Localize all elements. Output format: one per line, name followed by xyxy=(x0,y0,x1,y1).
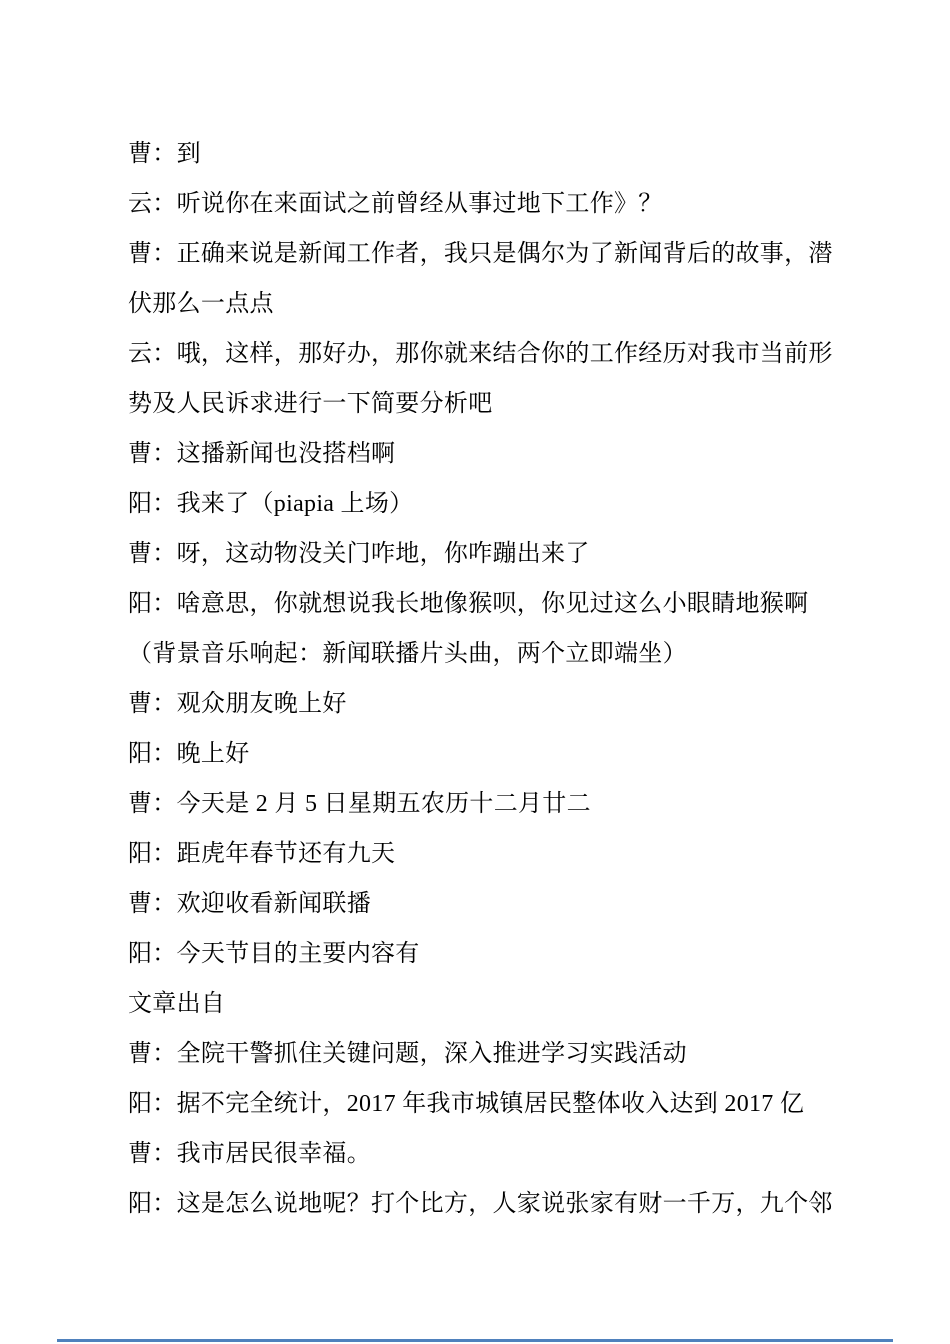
document-line: （背景音乐响起：新闻联播片头曲，两个立即端坐） xyxy=(128,629,840,679)
document-line: 曹：我市居民很幸福。 xyxy=(128,1129,840,1179)
document-line: 曹：到 xyxy=(128,129,840,179)
document-line: 曹：正确来说是新闻工作者，我只是偶尔为了新闻背后的故事，潜 xyxy=(128,229,840,279)
document-page: 曹：到云：听说你在来面试之前曾经从事过地下工作》？曹：正确来说是新闻工作者，我只… xyxy=(0,0,950,1344)
document-line: 云：听说你在来面试之前曾经从事过地下工作》？ xyxy=(128,179,840,229)
document-line: 曹：这播新闻也没搭档啊 xyxy=(128,429,840,479)
document-line: 阳：今天节目的主要内容有 xyxy=(128,929,840,979)
document-line: 云：哦，这样，那好办，那你就来结合你的工作经历对我市当前形 xyxy=(128,329,840,379)
bottom-rule xyxy=(57,1339,893,1342)
document-line: 阳：晚上好 xyxy=(128,729,840,779)
document-line: 阳：据不完全统计，2017 年我市城镇居民整体收入达到 2017 亿 xyxy=(128,1079,840,1129)
document-line: 文章出自 xyxy=(128,979,840,1029)
document-text-block: 曹：到云：听说你在来面试之前曾经从事过地下工作》？曹：正确来说是新闻工作者，我只… xyxy=(128,129,840,1229)
document-line: 曹：今天是 2 月 5 日星期五农历十二月廿二 xyxy=(128,779,840,829)
document-line: 阳：距虎年春节还有九天 xyxy=(128,829,840,879)
document-line: 阳：啥意思，你就想说我长地像猴呗，你见过这么小眼睛地猴啊 xyxy=(128,579,840,629)
document-line: 曹：观众朋友晚上好 xyxy=(128,679,840,729)
document-line: 势及人民诉求进行一下简要分析吧 xyxy=(128,379,840,429)
document-line: 阳：我来了（piapia 上场） xyxy=(128,479,840,529)
document-line: 阳：这是怎么说地呢？打个比方，人家说张家有财一千万，九个邻 xyxy=(128,1179,840,1229)
document-line: 伏那么一点点 xyxy=(128,279,840,329)
document-line: 曹：全院干警抓住关键问题，深入推进学习实践活动 xyxy=(128,1029,840,1079)
document-line: 曹：呀，这动物没关门咋地，你咋蹦出来了 xyxy=(128,529,840,579)
document-line: 曹：欢迎收看新闻联播 xyxy=(128,879,840,929)
